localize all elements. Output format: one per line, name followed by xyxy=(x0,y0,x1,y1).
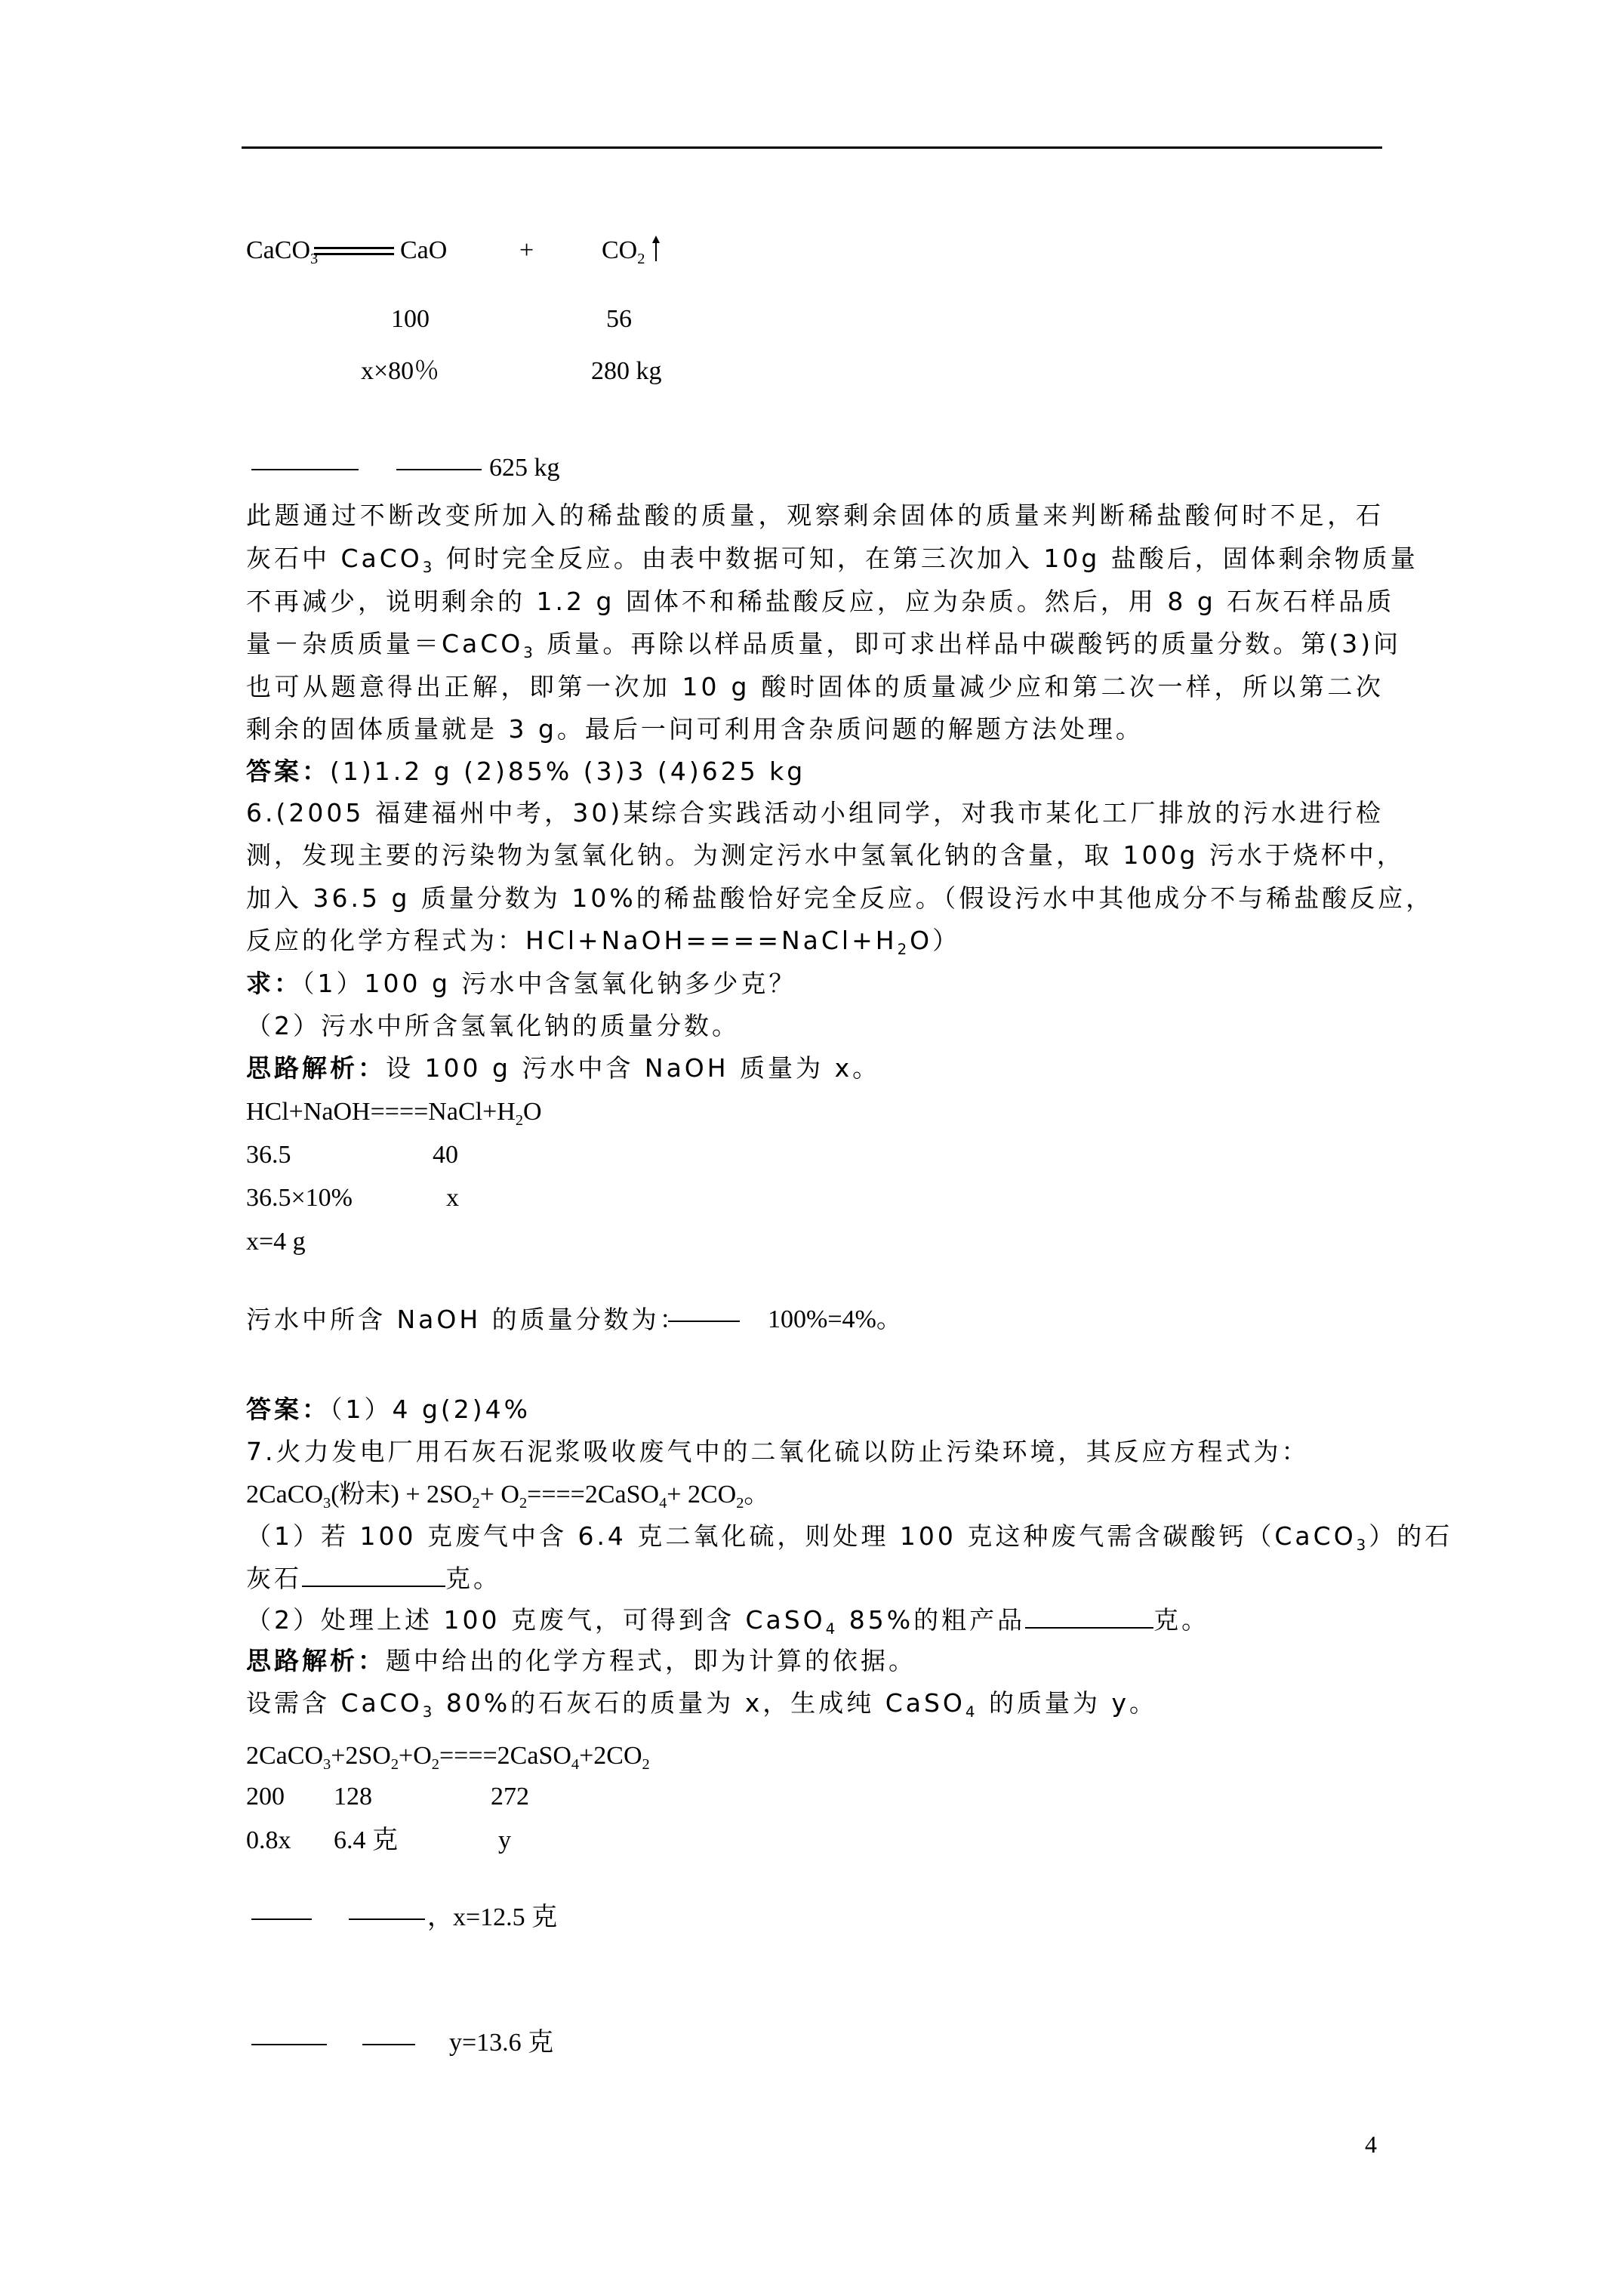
q7-value-2: 6.4 克 xyxy=(334,1826,398,1856)
explanation-line-3: 不再减少，说明剩余的 1.2 g 固体不和稀盐酸反应，应为杂质。然后，用 8 g… xyxy=(246,587,1384,617)
q7-result-y: y=13.6 克 xyxy=(449,2028,553,2058)
q7-result-x: ，x=12.5 克 xyxy=(427,1903,557,1933)
q7-mass-1: 200 xyxy=(246,1782,285,1812)
q7-mass-2: 128 xyxy=(334,1782,372,1812)
header-rule xyxy=(242,146,1382,149)
q6-analysis: 思路解析：设 100 g 污水中含 NaOH 质量为 x。 xyxy=(246,1053,880,1083)
q7-question-1: （1）若 100 克废气中含 6.4 克二氧化硫，则处理 100 克这种废气需含… xyxy=(246,1521,1384,1552)
fraction-bar xyxy=(396,469,482,470)
value-left: x×80％ xyxy=(361,356,439,387)
result-value: 625 kg xyxy=(489,453,560,483)
value-right: 280 kg xyxy=(591,356,662,387)
fraction-bar xyxy=(251,2044,327,2045)
q6-line-2: 测，发现主要的污染物为氢氧化钠。为测定污水中氢氧化钠的含量，取 100g 污水于… xyxy=(246,840,1384,871)
page-number: 4 xyxy=(1365,2131,1377,2159)
q6-ask-2: （2）污水中所含氢氧化钠的质量分数。 xyxy=(246,1011,740,1041)
q7-equation-2: 2CaCO3+2SO2+O2====2CaSO4+2CO2 xyxy=(246,1741,650,1771)
explanation-line-5: 也可从题意得出正解，即第一次加 10 g 酸时固体的质量减少应和第二次一样，所以… xyxy=(246,672,1384,702)
mass-right: 56 xyxy=(606,304,632,334)
explanation-line-2: 灰石中 CaCO3 何时完全反应。由表中数据可知，在第三次加入 10g 盐酸后，… xyxy=(246,544,1384,574)
analysis-label: 思路解析： xyxy=(246,1646,386,1675)
q7-value-3: y xyxy=(498,1826,511,1856)
q6-mass-left: 36.5 xyxy=(246,1140,291,1170)
equals-sign xyxy=(314,247,394,255)
answer-label: 答案： xyxy=(246,1395,330,1424)
q6-fraction-result: 100%=4%。 xyxy=(768,1305,902,1335)
gas-arrow-icon xyxy=(652,236,660,261)
q6-equation: HCl+NaOH====NaCl+H2O xyxy=(246,1097,542,1127)
fraction-bar xyxy=(349,1918,425,1920)
answer-5: 答案：(1)1.2 g (2)85% (3)3 (4)625 kg xyxy=(246,757,805,787)
answer-blank[interactable] xyxy=(302,1563,445,1587)
q6-line-3: 加入 36.5 g 质量分数为 10%的稀盐酸恰好完全反应。（假设污水中其他成分… xyxy=(246,883,1384,914)
q7-equation: 2CaCO3(粉末) + 2SO2+ O2====2CaSO4+ 2CO2。 xyxy=(246,1480,769,1510)
answer-6: 答案：（1）4 g(2)4% xyxy=(246,1395,531,1425)
q6-mass-right: 40 xyxy=(433,1140,458,1170)
q6-value-right: x xyxy=(446,1183,459,1213)
q6-result: x=4 g xyxy=(246,1227,306,1257)
equation-plus: + xyxy=(519,236,534,266)
equation-reactant: CaCO3 xyxy=(246,236,318,266)
q6-fraction-label: 污水中所含 NaOH 的质量分数为： xyxy=(246,1305,688,1335)
q7-setup: 设需含 CaCO3 80%的石灰石的质量为 x，生成纯 CaSO4 的质量为 y… xyxy=(246,1688,1157,1718)
equation-product-cao: CaO xyxy=(400,236,447,266)
q7-analysis: 思路解析：题中给出的化学方程式，即为计算的依据。 xyxy=(246,1646,916,1676)
fraction-bar xyxy=(251,1918,312,1920)
mass-left: 100 xyxy=(391,304,430,334)
q6-ask-1: 求：（1）100 g 污水中含氢氧化钠多少克？ xyxy=(246,969,796,999)
explanation-line-6: 剩余的固体质量就是 3 g。最后一问可利用含杂质问题的解题方法处理。 xyxy=(246,714,1144,744)
answer-blank[interactable] xyxy=(1025,1604,1153,1629)
answer-label: 答案： xyxy=(246,757,330,786)
q7-question-1-cont: 灰石克。 xyxy=(246,1563,501,1594)
q6-line-4: 反应的化学方程式为：HCl+NaOH====NaCl+H2O） xyxy=(246,926,960,956)
q7-mass-3: 272 xyxy=(491,1782,529,1812)
analysis-label: 思路解析： xyxy=(246,1053,386,1083)
fraction-bar xyxy=(362,2044,415,2045)
equation-product-co2: CO2 xyxy=(602,236,660,266)
q6-value-left: 36.5×10% xyxy=(246,1183,353,1213)
document-page: CaCO3 CaO + CO2 100 56 x×80％ 280 kg 625 … xyxy=(0,0,1623,2296)
explanation-line-1: 此题通过不断改变所加入的稀盐酸的质量，观察剩余固体的质量来判断稀盐酸何时不足，石 xyxy=(246,501,1384,531)
q7-question-2: （2）处理上述 100 克废气，可得到含 CaSO4 85%的粗产品克。 xyxy=(246,1604,1209,1635)
fraction-bar xyxy=(668,1321,740,1322)
q7-line-1: 7.火力发电厂用石灰石泥浆吸收废气中的二氧化硫以防止污染环境，其反应方程式为： xyxy=(246,1437,1310,1467)
q6-line-1: 6.(2005 福建福州中考，30)某综合实践活动小组同学，对我市某化工厂排放的… xyxy=(246,798,1384,828)
fraction-bar xyxy=(251,469,359,470)
q7-value-1: 0.8x xyxy=(246,1826,291,1856)
explanation-line-4: 量－杂质质量＝CaCO3 质量。再除以样品质量，即可求出样品中碳酸钙的质量分数。… xyxy=(246,629,1384,659)
